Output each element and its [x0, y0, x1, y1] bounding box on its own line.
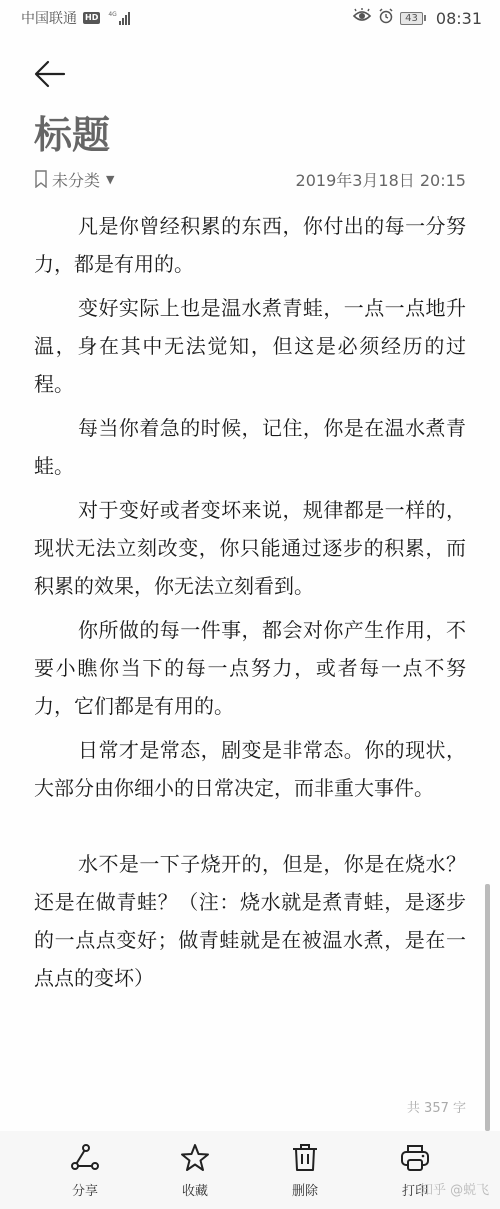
- alarm-icon: [378, 8, 394, 28]
- clock: 08:31: [436, 9, 482, 28]
- carrier-name: 中国联通: [21, 8, 77, 28]
- word-count: 共 357 字: [407, 1097, 466, 1116]
- note-title[interactable]: 标题: [34, 112, 110, 158]
- paragraph: 变好实际上也是温水煮青蛙，一点一点地升温，身在其中无法觉知，但这是必须经历的过程…: [34, 289, 466, 403]
- favorite-button[interactable]: 收藏: [155, 1142, 235, 1199]
- paragraph: 对于变好或者变坏来说，规律都是一样的，现状无法立刻改变，你只能通过逐步的积累，而…: [34, 491, 466, 605]
- category-dropdown[interactable]: 未分类 ▼: [34, 168, 114, 191]
- category-label: 未分类: [52, 168, 100, 191]
- signal-icon: 4G: [108, 11, 129, 25]
- delete-label: 删除: [292, 1180, 318, 1199]
- status-bar: 中国联通 HD 4G 43 08:31: [0, 0, 500, 36]
- star-icon: [179, 1142, 211, 1174]
- battery-level: 43: [400, 12, 423, 25]
- paragraph: 你所做的每一件事，都会对你产生作用，不要小瞧你当下的每一点努力，或者每一点不努力…: [34, 611, 466, 725]
- battery-indicator: 43: [400, 12, 426, 25]
- status-right: 43 08:31: [352, 8, 482, 28]
- share-button[interactable]: 分享: [45, 1142, 125, 1199]
- hd-badge: HD: [83, 12, 100, 24]
- paragraph: 凡是你曾经积累的东西，你付出的每一分努力，都是有用的。: [34, 207, 466, 283]
- paragraph: 水不是一下子烧开的，但是，你是在烧水？还是在做青蛙？（注：烧水就是煮青蛙，是逐步…: [34, 845, 466, 997]
- watermark: 知乎 @蜕飞: [420, 1179, 489, 1198]
- delete-button[interactable]: 删除: [265, 1142, 345, 1199]
- eye-comfort-icon: [352, 8, 372, 28]
- share-icon: [69, 1142, 101, 1174]
- status-left: 中国联通 HD 4G: [21, 8, 130, 28]
- paragraph: 日常才是常态，剧变是非常态。你的现状，大部分由你细小的日常决定，而非重大事件。: [34, 731, 466, 807]
- printer-icon: [399, 1142, 431, 1174]
- paragraph: 每当你着急的时候，记住，你是在温水煮青蛙。: [34, 409, 466, 485]
- meta-row: 未分类 ▼ 2019年3月18日 20:15: [34, 166, 466, 192]
- network-type: 4G: [108, 11, 116, 18]
- arrow-left-icon: [32, 56, 68, 92]
- scrollbar[interactable]: [485, 884, 490, 1131]
- share-label: 分享: [72, 1180, 98, 1199]
- note-body[interactable]: 凡是你曾经积累的东西，你付出的每一分努力，都是有用的。 变好实际上也是温水煮青蛙…: [34, 207, 466, 1003]
- note-date: 2019年3月18日 20:15: [296, 168, 466, 191]
- back-button[interactable]: [32, 56, 68, 92]
- chevron-down-icon: ▼: [106, 173, 114, 186]
- trash-icon: [289, 1142, 321, 1174]
- favorite-label: 收藏: [182, 1180, 208, 1199]
- bookmark-icon: [34, 170, 48, 188]
